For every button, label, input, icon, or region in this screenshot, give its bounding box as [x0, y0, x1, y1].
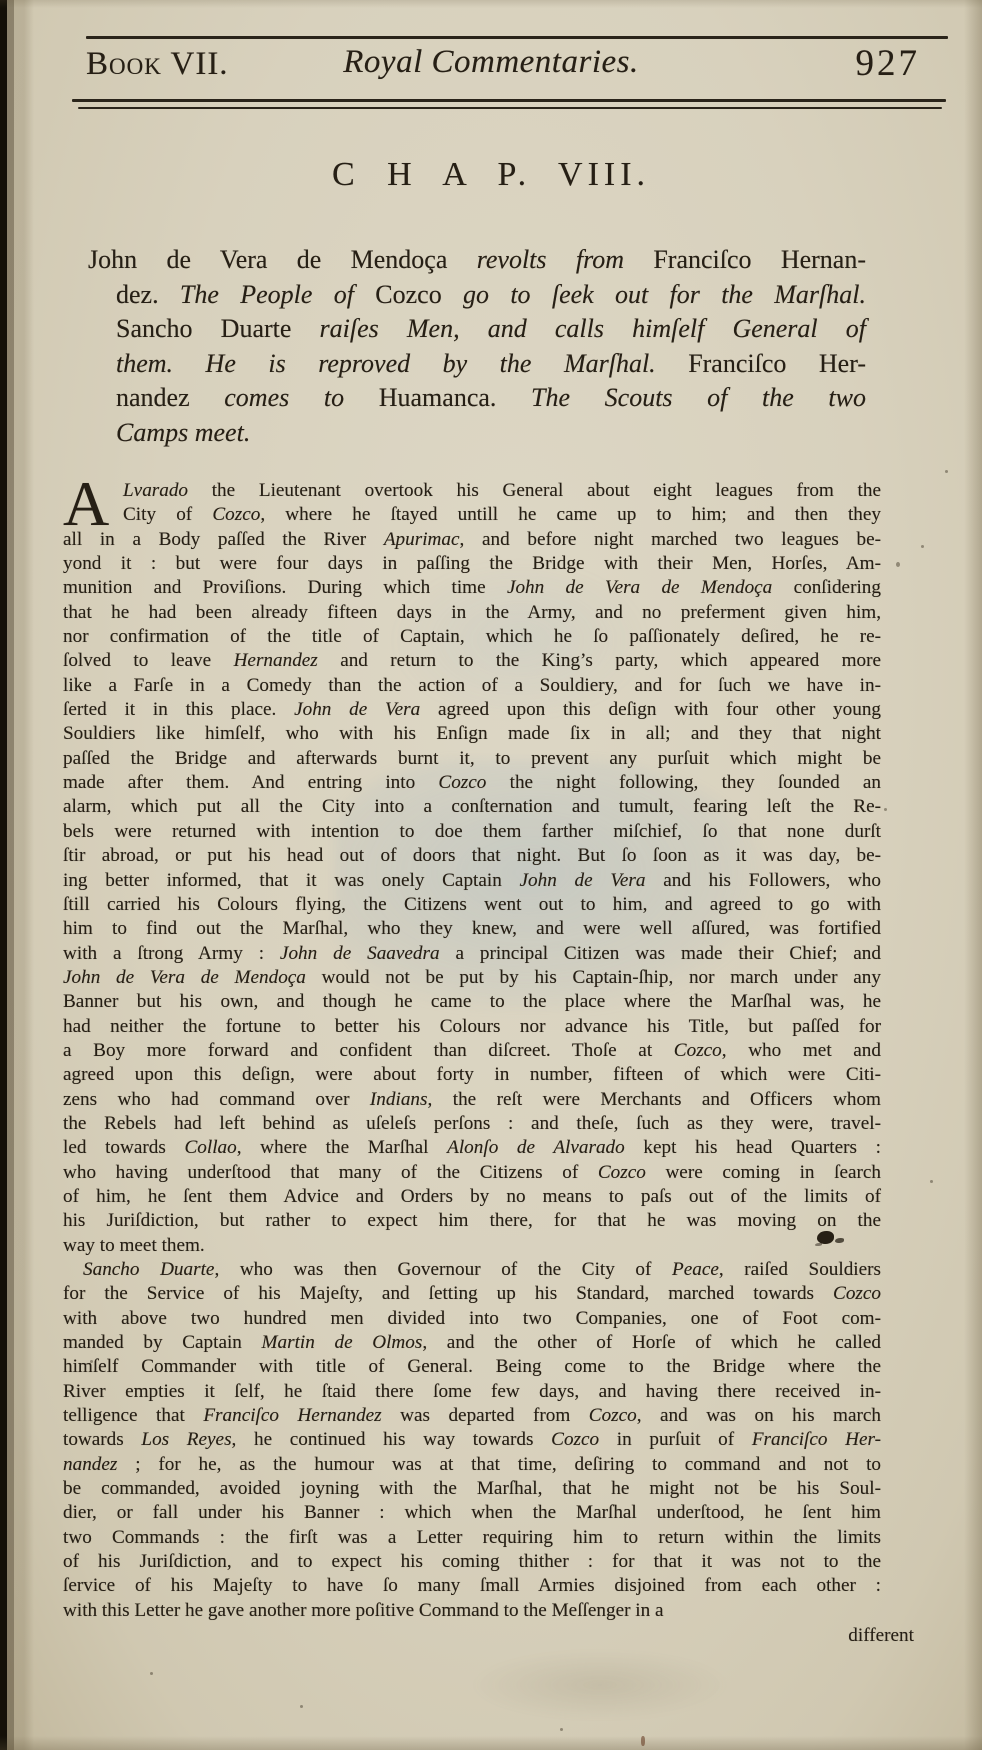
page-edge-right-shadow [964, 0, 982, 1750]
header-rule-upper [72, 99, 946, 102]
header-rule-lower [78, 107, 942, 109]
text-segment: , who met and [722, 1040, 881, 1061]
text-segment: manded by Captain [63, 1332, 262, 1353]
text-line: ſtir abroad, or put his head out of door… [63, 844, 881, 868]
text-segment: led towards [63, 1137, 184, 1158]
text-segment: raiſes Men, and calls himſelf General of [320, 314, 866, 343]
text-line: with above two hundred men divided into … [63, 1307, 881, 1331]
text-segment: Cozco [674, 1040, 722, 1061]
text-segment: Banner but his own, and though he came t… [63, 991, 881, 1012]
text-segment: John de Vera de Mendoça [63, 967, 322, 988]
text-segment: his Juriſdiction, but rather to expect h… [63, 1210, 881, 1231]
text-segment: conſidering [794, 577, 881, 598]
text-line: had neither the fortune to better his Co… [63, 1015, 881, 1039]
text-segment: agreed upon this deſign with four other … [438, 699, 881, 720]
text-line: be commanded, avoided joyning with the M… [63, 1477, 881, 1501]
text-segment: were coming in ſearch [665, 1162, 881, 1183]
text-segment: made after them. And entring into [63, 772, 438, 793]
text-segment: zens who had command over [63, 1089, 370, 1110]
text-line: of him, he ſent them Advice and Orders b… [63, 1185, 881, 1209]
text-line: nandez ; for he, as the humour was at th… [63, 1453, 881, 1477]
text-segment: , where he ſtayed untill he came up to h… [260, 504, 881, 525]
text-line: telligence that Franciſco Hernandez was … [63, 1404, 881, 1428]
text-segment: ſervice of his Majeſty to have ſo many ſ… [63, 1575, 881, 1596]
text-segment: alarm, which put all the City into a con… [63, 796, 881, 817]
text-line: with this Letter he gave another more po… [63, 1599, 881, 1623]
paper-speck [641, 1736, 645, 1746]
body-text: A Lvarado the Lieutenant overtook his Ge… [63, 479, 881, 1623]
text-segment: ſtir abroad, or put his head out of door… [63, 845, 881, 866]
text-line: led towards Collao, where the Marſhal Al… [63, 1136, 881, 1160]
text-segment: Franciſco Hernan- [653, 245, 866, 274]
text-segment: bels were returned with intention to doe… [63, 821, 881, 842]
text-line: made after them. And entring into Cozco … [63, 771, 881, 795]
text-line: munition and Proviſions. During which ti… [63, 576, 881, 600]
text-segment: John de Vera [520, 870, 664, 891]
text-segment: and return to the King’s party, which ap… [340, 650, 881, 671]
text-line: that he had been already fifteen days in… [63, 601, 881, 625]
text-line: ſerted it in this place. John de Vera ag… [63, 698, 881, 722]
text-segment: Cozco [551, 1429, 617, 1450]
ink-blot [817, 1231, 834, 1244]
text-line: a Boy more forward and confident than di… [63, 1039, 881, 1063]
text-segment: ; for he, as the humour was at that time… [135, 1454, 881, 1475]
text-segment: Souldiers like himſelf, who with his Enſ… [63, 723, 881, 744]
text-segment: Cozco [598, 1162, 666, 1183]
text-segment: munition and Proviſions. During which ti… [63, 577, 507, 598]
text-line: Souldiers like himſelf, who with his Enſ… [63, 722, 881, 746]
text-segment: be commanded, avoided joyning with the M… [63, 1478, 881, 1499]
text-segment: yond it : but were four days in paſſing … [63, 553, 881, 574]
paper-speck [560, 1728, 563, 1731]
text-line: all in a Body paſſed the River Apurimac,… [63, 528, 881, 552]
text-segment: telligence that [63, 1405, 203, 1426]
text-line: like a Farſe in a Comedy than the action… [63, 674, 881, 698]
text-segment: had neither the fortune to better his Co… [63, 1016, 881, 1037]
text-segment: Cozco [375, 280, 463, 309]
text-line: agreed upon this deſign, were about fort… [63, 1063, 881, 1087]
text-segment: Collao [184, 1137, 236, 1158]
text-segment: John de Saavedra [280, 943, 456, 964]
text-segment: , and was on his march [637, 1405, 881, 1426]
text-segment: ſolved to leave [63, 650, 234, 671]
text-line: manded by Captain Martin de Olmos, and t… [63, 1331, 881, 1355]
catchword: different [848, 1625, 914, 1647]
text-line: Sancho Duarte, who was then Governour of… [63, 1258, 881, 1282]
paper-speck [90, 1360, 93, 1363]
text-line: Sancho Duarte raiſes Men, and calls himſ… [88, 312, 866, 347]
text-segment: the Lieutenant overtook his General abou… [212, 480, 881, 501]
text-line: zens who had command over Indians, the r… [63, 1088, 881, 1112]
text-segment: , raiſed Souldiers [719, 1259, 881, 1280]
text-segment: all in a Body paſſed the River [63, 529, 384, 550]
paper-speck [930, 1180, 933, 1183]
text-segment: Cozco [212, 504, 260, 525]
text-segment: him to find out the Marſhal, who they kn… [63, 918, 881, 939]
ghost-showthrough [470, 1650, 730, 1720]
text-segment: Martin de Olmos [262, 1332, 423, 1353]
paper-speck [884, 808, 887, 811]
text-line: Camps meet. [88, 416, 866, 451]
text-segment: John de Vera [294, 699, 438, 720]
body-paragraph-1: A Lvarado the Lieutenant overtook his Ge… [63, 479, 881, 1258]
text-segment: Huamanca. [379, 383, 531, 412]
text-segment: ing better informed, that it was onely C… [63, 870, 520, 891]
text-segment: for the Service of his Majeſty, and ſett… [63, 1283, 833, 1304]
text-segment: the night following, they ſounded an [510, 772, 881, 793]
text-segment: a principal Citizen was made their Chief… [455, 943, 881, 964]
text-line: River empties it ſelf, he ſtaid there ſo… [63, 1380, 881, 1404]
text-line: two Commands : the firſt was a Letter re… [63, 1526, 881, 1550]
text-line: John de Vera de Mendoça would not be put… [63, 966, 881, 990]
text-segment: would not be put by his Captain-ſhip, no… [322, 967, 881, 988]
text-segment: Franciſco Hernandez [203, 1405, 400, 1426]
paper-speck [921, 545, 924, 548]
text-segment: Sancho Duarte [116, 314, 320, 343]
text-line: of his Juriſdiction, and to expect his c… [63, 1550, 881, 1574]
text-segment: River empties it ſelf, he ſtaid there ſo… [63, 1381, 881, 1402]
text-segment: that he had been already fifteen days in… [63, 602, 881, 623]
text-line: bels were returned with intention to doe… [63, 820, 881, 844]
text-segment: ſerted it in this place. [63, 699, 294, 720]
text-line: dier, or fall under his Banner : which w… [63, 1501, 881, 1525]
text-segment: and his Followers, who [663, 870, 881, 891]
text-segment: two Commands : the firſt was a Letter re… [63, 1527, 881, 1548]
text-segment: nandez [116, 383, 224, 412]
text-line: ſolved to leave Hernandez and return to … [63, 649, 881, 673]
text-segment: , the reſt were Merchants and Officers w… [427, 1089, 881, 1110]
text-segment: paſſed the Bridge and afterwards burnt i… [63, 748, 881, 769]
text-segment: who having underſtood that many of the C… [63, 1162, 598, 1183]
text-line: yond it : but were four days in paſſing … [63, 552, 881, 576]
text-line: Banner but his own, and though he came t… [63, 990, 881, 1014]
text-line: paſſed the Bridge and afterwards burnt i… [63, 747, 881, 771]
text-line: ſtill carried his Colours flying, the Ci… [63, 893, 881, 917]
text-line: for the Service of his Majeſty, and ſett… [63, 1282, 881, 1306]
body-paragraph-2: Sancho Duarte, who was then Governour of… [63, 1258, 881, 1623]
text-line: himſelf Commander with title of General.… [63, 1355, 881, 1379]
text-segment: a Boy more forward and confident than di… [63, 1040, 674, 1061]
top-rule [86, 36, 948, 39]
text-line: who having underſtood that many of the C… [63, 1161, 881, 1185]
page-edge-left-shadow [0, 0, 34, 1750]
text-line: ing better informed, that it was onely C… [63, 869, 881, 893]
text-segment: Camps meet. [116, 418, 250, 447]
text-segment: was departed from [400, 1405, 589, 1426]
text-segment: John de Vera de Mendoça [88, 245, 477, 274]
text-segment: with this Letter he gave another more po… [63, 1600, 664, 1621]
text-line: dez. The People of Cozco go to ſeek out … [88, 278, 866, 313]
text-segment: like a Farſe in a Comedy than the action… [63, 675, 881, 696]
text-line: with a ſtrong Army : John de Saavedra a … [63, 942, 881, 966]
text-segment: , he continued his way towards [232, 1429, 552, 1450]
text-segment: , and before night marched two leagues b… [460, 529, 881, 550]
text-segment: the Rebels had left behind as uſeleſs pe… [63, 1113, 881, 1134]
text-segment: Hernandez [234, 650, 341, 671]
text-line: him to find out the Marſhal, who they kn… [63, 917, 881, 941]
text-segment: John de Vera de Mendoça [507, 577, 794, 598]
text-segment: Alonſo de Alvarado [447, 1137, 643, 1158]
text-segment: dier, or fall under his Banner : which w… [63, 1502, 881, 1523]
text-segment: of him, he ſent them Advice and Orders b… [63, 1186, 881, 1207]
text-segment: of his Juriſdiction, and to expect his c… [63, 1551, 881, 1572]
text-segment: Peace [672, 1259, 719, 1280]
text-segment: himſelf Commander with title of General.… [63, 1356, 881, 1377]
text-segment: City of [123, 504, 212, 525]
text-line: way to meet them. [63, 1234, 881, 1258]
text-segment: , who was then Governour of the City of [214, 1259, 672, 1280]
running-title: Royal Commentaries. [0, 44, 982, 81]
text-segment: The People of [180, 280, 375, 309]
text-line: nor confirmation of the title of Captain… [63, 625, 881, 649]
text-segment: nandez [63, 1454, 135, 1475]
text-line: John de Vera de Mendoça revolts from Fra… [88, 243, 866, 278]
text-segment: Cozco [438, 772, 509, 793]
chapter-summary: John de Vera de Mendoça revolts from Fra… [88, 243, 866, 451]
text-segment: Sancho Duarte [83, 1259, 214, 1280]
text-line: towards Los Reyes, he continued his way … [63, 1428, 881, 1452]
text-segment: way to meet them. [63, 1235, 205, 1256]
text-segment: Cozco [833, 1283, 881, 1304]
text-segment: , where the Marſhal [237, 1137, 447, 1158]
text-segment: Los Reyes [141, 1429, 231, 1450]
text-line: his Juriſdiction, but rather to expect h… [63, 1209, 881, 1233]
text-segment: agreed upon this deſign, were about fort… [63, 1064, 881, 1085]
paper-speck [300, 1705, 303, 1708]
text-segment: go to ſeek out for the Marſhal. [463, 280, 866, 309]
book-page: Book VII. Royal Commentaries. 927 C H A … [0, 0, 982, 1750]
text-line: nandez comes to Huamanca. The Scouts of … [88, 381, 866, 416]
text-segment: Franciſco Her- [752, 1429, 881, 1450]
text-segment: them. He is reproved by the Marſhal. [116, 349, 688, 378]
text-segment: ſtill carried his Colours flying, the Ci… [63, 894, 881, 915]
text-line: ſervice of his Majeſty to have ſo many ſ… [63, 1574, 881, 1598]
text-segment: towards [63, 1429, 141, 1450]
text-segment: dez. [116, 280, 180, 309]
dropcap-letter: A [63, 479, 117, 526]
paper-speck [945, 470, 948, 473]
text-segment: revolts from [477, 245, 654, 274]
text-segment: comes to [224, 383, 378, 412]
text-segment: Apurimac [384, 529, 460, 550]
text-line: them. He is reproved by the Marſhal. Fra… [88, 347, 866, 382]
text-line: City of Cozco, where he ſtayed untill he… [63, 503, 881, 527]
paper-speck [150, 1672, 153, 1675]
text-segment: Indians [370, 1089, 428, 1110]
text-segment: in purſuit of [617, 1429, 752, 1450]
paper-speck [896, 562, 900, 567]
text-segment: kept his head Quarters : [643, 1137, 881, 1158]
text-line: alarm, which put all the City into a con… [63, 795, 881, 819]
page-edge-top-shadow [0, 0, 982, 8]
text-segment: with above two hundred men divided into … [63, 1308, 881, 1329]
page-number: 927 [856, 42, 921, 85]
text-segment: , and the other of Horſe of which he cal… [422, 1332, 881, 1353]
text-segment: with a ſtrong Army : [63, 943, 280, 964]
text-segment: The Scouts of the two [531, 383, 866, 412]
text-segment: Franciſco Her- [688, 349, 866, 378]
text-line: the Rebels had left behind as uſeleſs pe… [63, 1112, 881, 1136]
text-segment: nor confirmation of the title of Captain… [63, 626, 881, 647]
text-segment: Cozco [589, 1405, 637, 1426]
chapter-heading: C H A P. VIII. [0, 156, 982, 194]
text-segment: Lvarado [123, 480, 212, 501]
page-edge-bottom-shadow [0, 1736, 982, 1750]
text-line: Lvarado the Lieutenant overtook his Gene… [63, 479, 881, 503]
